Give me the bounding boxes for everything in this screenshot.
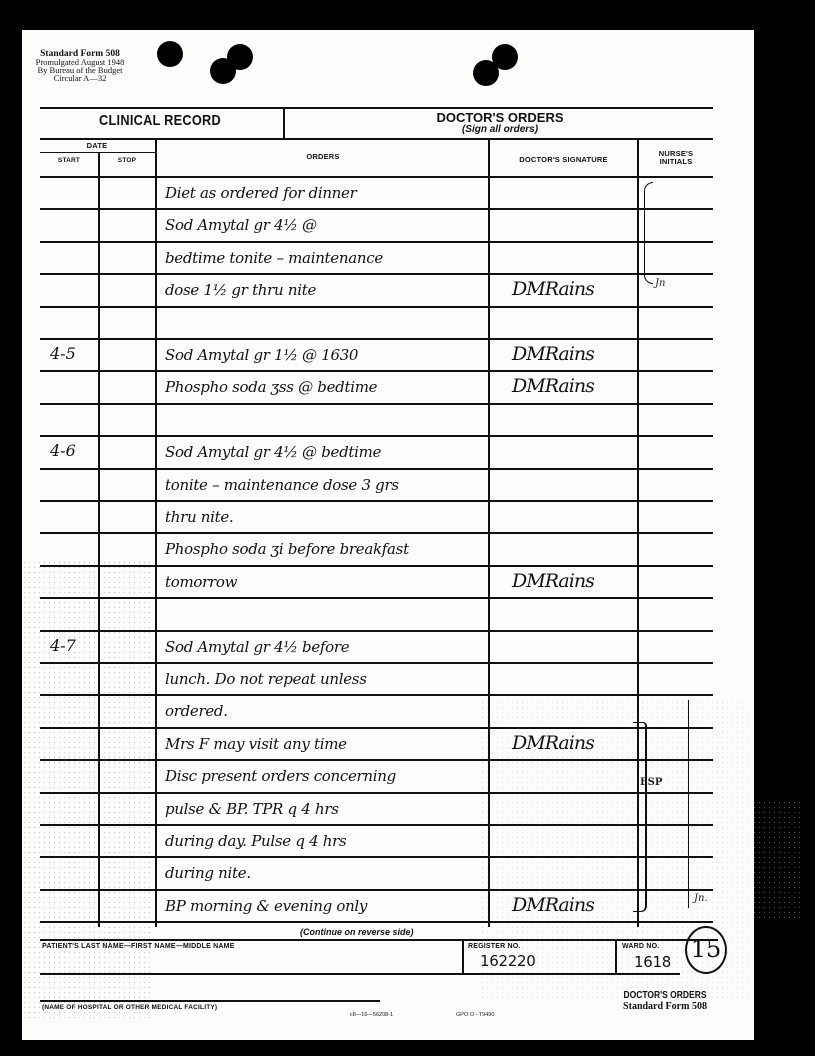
row-rule: [40, 856, 713, 858]
order-text: pulse & BP. TPR q 4 hrs: [165, 800, 339, 818]
row-rule: [40, 597, 713, 599]
print-code-1: c8—16—56208-1: [350, 1012, 393, 1018]
order-text: Phospho soda ʒi before breakfast: [165, 540, 409, 558]
nurse-brace-1: [644, 182, 653, 284]
row-rule: [40, 241, 713, 243]
doctor-signature: DMRains: [512, 343, 594, 365]
row-rule: [40, 273, 713, 275]
nurse-initials-group1: Jn: [655, 278, 665, 289]
row-rule: [40, 727, 713, 729]
doctor-signature: DMRains: [512, 570, 594, 592]
row-rule: [40, 694, 713, 696]
row-rule: [40, 306, 713, 308]
doctor-signature-header: DOCTOR'S SIGNATURE: [490, 155, 637, 164]
register-divider: [462, 939, 464, 975]
footer-mid-rule: [40, 973, 680, 975]
register-label: REGISTER NO.: [468, 943, 521, 950]
start-date: 4-7: [50, 636, 76, 655]
row-rule: [40, 338, 713, 340]
stop-header: STOP: [99, 157, 155, 164]
order-text: Sod Amytal gr 1½ @ 1630: [165, 346, 358, 364]
order-text: Sod Amytal gr 4½ before: [165, 638, 349, 656]
sign-all-orders-note: (Sign all orders): [290, 124, 710, 135]
orders-header: ORDERS: [157, 152, 489, 161]
footer-top-rule: [40, 939, 713, 941]
punch-hole: [210, 58, 236, 84]
nurse-initials-group3: Jn.: [694, 893, 708, 904]
print-code-2: GPO O - T9490: [456, 1012, 494, 1018]
ward-value: 1618: [634, 953, 671, 971]
nurse-brace-2: [633, 722, 647, 912]
order-text: tomorrow: [165, 573, 237, 591]
order-text: Phospho soda ʒss @ bedtime: [165, 378, 377, 396]
order-text: BP morning & evening only: [165, 897, 367, 915]
row-rule: [40, 792, 713, 794]
order-text: lunch. Do not repeat unless: [165, 670, 367, 688]
row-rule: [40, 208, 713, 210]
nurse-initials-group2: ESP: [640, 777, 662, 788]
row-rule: [40, 921, 713, 923]
form-number-footer: Standard Form 508: [600, 1001, 730, 1012]
form-identification: Standard Form 508 Promulgated August 194…: [28, 50, 132, 82]
row-rule: [40, 370, 713, 372]
row-rule: [40, 630, 713, 632]
doctors-orders-heading: DOCTOR'S ORDERS: [436, 110, 563, 125]
scan-noise: [22, 560, 152, 1020]
order-text: tonite – maintenance dose 3 grs: [165, 476, 399, 494]
row-rule: [40, 500, 713, 502]
order-text: during nite.: [165, 864, 251, 882]
order-text: Diet as ordered for dinner: [165, 184, 357, 202]
doctor-signature: DMRains: [512, 732, 594, 754]
row-rule: [40, 889, 713, 891]
order-text: dose 1½ gr thru nite: [165, 281, 316, 299]
hospital-label: (NAME OF HOSPITAL OR OTHER MEDICAL FACIL…: [42, 1004, 217, 1011]
order-text: Disc present orders concerning: [165, 767, 396, 785]
patient-name-label: PATIENT'S LAST NAME—FIRST NAME—MIDDLE NA…: [42, 943, 235, 950]
order-text: bedtime tonite – maintenance: [165, 249, 383, 267]
row-rule: [40, 468, 713, 470]
header-bottom-rule: [40, 138, 713, 140]
scan-noise: [752, 800, 802, 920]
doctor-signature: DMRains: [512, 375, 594, 397]
register-value: 162220: [480, 952, 535, 970]
row-rule: [40, 435, 713, 437]
row-rule: [40, 565, 713, 567]
order-text: Mrs F may visit any time: [165, 735, 347, 753]
row-rule: [40, 532, 713, 534]
nurse-initials-header: NURSE'S INITIALS: [639, 150, 713, 166]
header-top-rule: [40, 107, 713, 109]
row-rule: [40, 824, 713, 826]
row-rule: [40, 176, 713, 178]
order-text: thru nite.: [165, 508, 233, 526]
order-text: Sod Amytal gr 4½ @ bedtime: [165, 443, 381, 461]
punch-hole: [157, 41, 183, 67]
page-number-circled: 15: [685, 926, 727, 974]
order-text: Sod Amytal gr 4½ @: [165, 216, 317, 234]
order-text: during day. Pulse q 4 hrs: [165, 832, 346, 850]
ward-divider: [615, 939, 617, 975]
punch-hole: [473, 60, 499, 86]
start-stop-divider: [98, 152, 100, 927]
nurse-line-3: [688, 700, 697, 908]
date-header: DATE: [40, 141, 154, 150]
start-date: 4-5: [50, 344, 76, 363]
row-rule: [40, 662, 713, 664]
clinical-record-title: CLINICAL RECORD: [58, 112, 262, 129]
ward-label: WARD NO.: [622, 943, 659, 950]
order-text: ordered.: [165, 702, 228, 720]
start-header: START: [40, 157, 98, 164]
doctors-orders-title: DOCTOR'S ORDERS (Sign all orders): [290, 110, 710, 135]
row-rule: [40, 403, 713, 405]
form-circular: Circular A—32: [28, 74, 132, 82]
continue-reverse-note: (Continue on reverse side): [300, 927, 414, 937]
doctor-signature: DMRains: [512, 894, 594, 916]
doctor-signature: DMRains: [512, 278, 594, 300]
start-date: 4-6: [50, 441, 76, 460]
row-rule: [40, 759, 713, 761]
hospital-rule: [40, 1000, 380, 1002]
nurse-initials-header-line2: INITIALS: [639, 158, 713, 166]
form-name-footer: DOCTOR'S ORDERS: [614, 990, 716, 1001]
header-divider: [283, 107, 285, 139]
